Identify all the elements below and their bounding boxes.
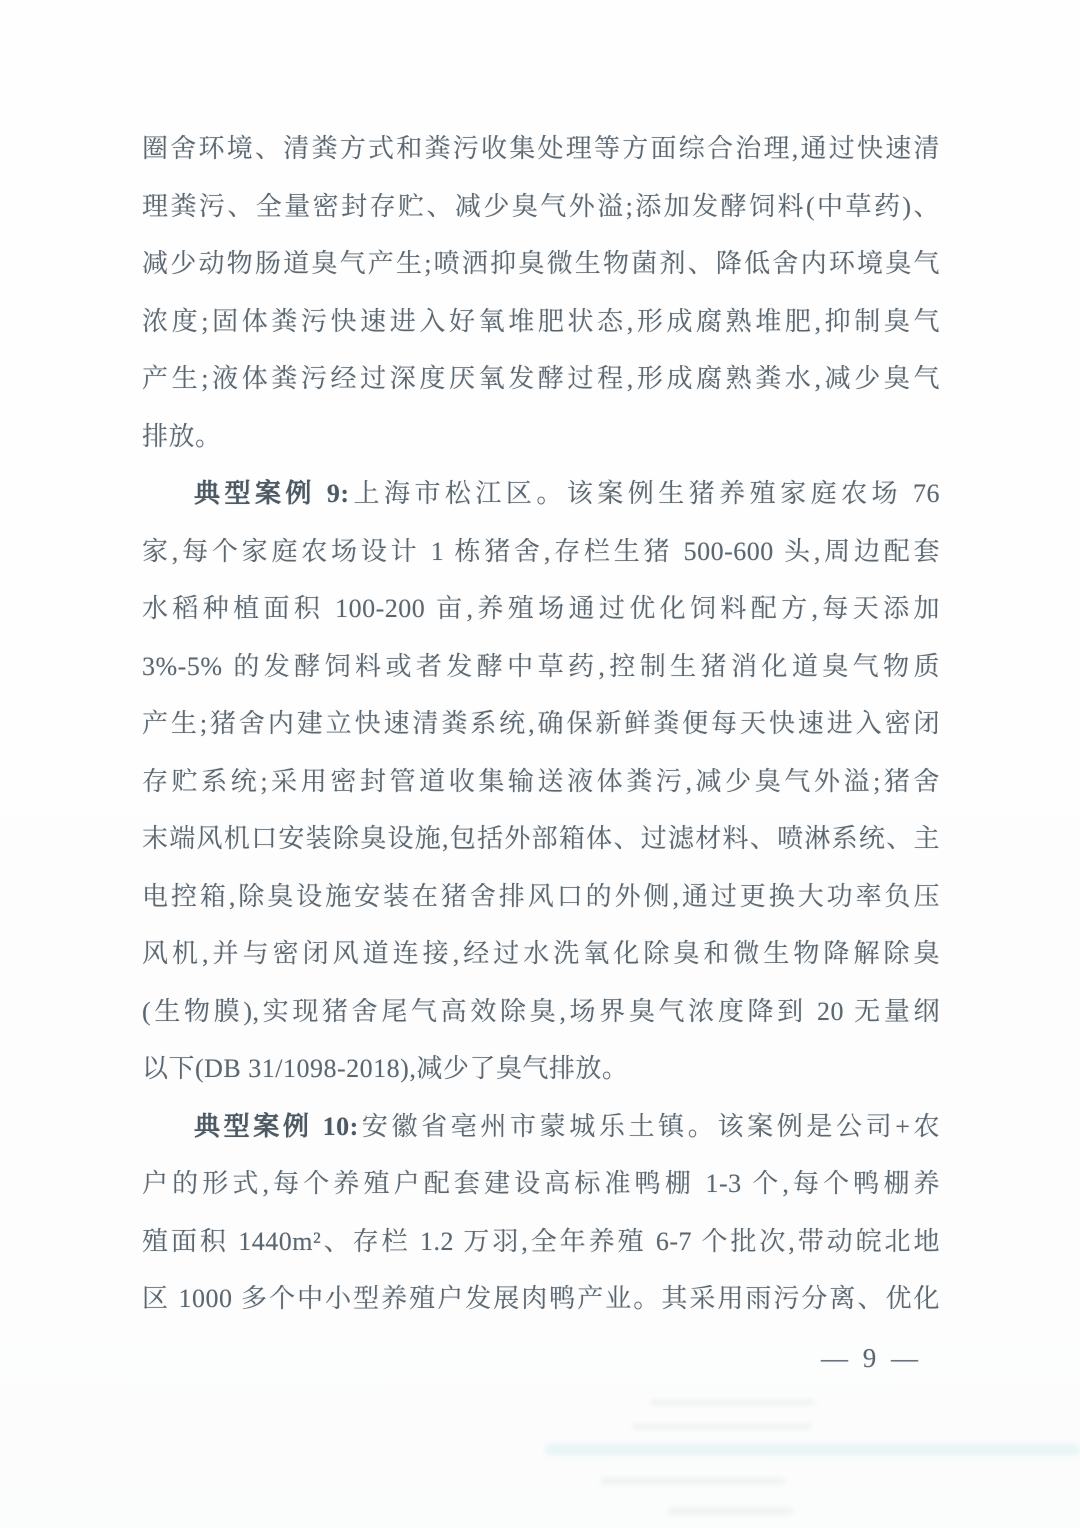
text-line: 水稻种植面积 100-200 亩,养殖场通过优化饲料配方,每天添加 [142,580,940,638]
scan-artifact [600,1478,785,1484]
page-number: — 9 — [821,1338,922,1378]
case-9-label: 典型案例 9: [194,479,350,508]
text-line: 典型案例 9:上海市松江区。该案例生猪养殖家庭农场 76 [142,465,940,523]
text-run: 上海市松江区。该案例生猪养殖家庭农场 76 [350,479,940,508]
scan-artifact [650,1400,815,1405]
text-line: (生物膜),实现猪舍尾气高效除臭,场界臭气浓度降到 20 无量纲 [142,983,940,1041]
scan-artifact [632,1424,812,1429]
text-line: 圈舍环境、清粪方式和粪污收集处理等方面综合治理,通过快速清 [142,120,940,178]
scan-artifact [545,1444,1080,1455]
text-line: 产生;液体粪污经过深度厌氧发酵过程,形成腐熟粪水,减少臭气 [142,350,940,408]
text-line: 电控箱,除臭设施安装在猪舍排风口的外侧,通过更换大功率负压 [142,868,940,926]
text-line: 产生;猪舍内建立快速清粪系统,确保新鲜粪便每天快速进入密闭 [142,695,940,753]
text-line: 末端风机口安装除臭设施,包括外部箱体、过滤材料、喷淋系统、主 [142,810,940,868]
scan-artifact [668,1508,793,1514]
text-run: 安徽省亳州市蒙城乐土镇。该案例是公司+农 [359,1112,940,1141]
text-line: 浓度;固体粪污快速进入好氧堆肥状态,形成腐熟堆肥,抑制臭气 [142,293,940,351]
text-line: 存贮系统;采用密封管道收集输送液体粪污,减少臭气外溢;猪舍 [142,753,940,811]
document-body: 圈舍环境、清粪方式和粪污收集处理等方面综合治理,通过快速清 理粪污、全量密封存贮… [142,120,940,1328]
text-line: 风机,并与密闭风道连接,经过水洗氧化除臭和微生物降解除臭 [142,925,940,983]
text-line: 以下(DB 31/1098-2018),减少了臭气排放。 [142,1040,940,1098]
case-10-label: 典型案例 10: [194,1112,359,1141]
text-line: 排放。 [142,408,940,466]
text-line: 户的形式,每个养殖户配套建设高标准鸭棚 1-3 个,每个鸭棚养 [142,1155,940,1213]
text-line: 区 1000 多个中小型养殖户发展肉鸭产业。其采用雨污分离、优化 [142,1270,940,1328]
document-page: 圈舍环境、清粪方式和粪污收集处理等方面综合治理,通过快速清 理粪污、全量密封存贮… [0,0,1080,1528]
text-line: 典型案例 10:安徽省亳州市蒙城乐土镇。该案例是公司+农 [142,1098,940,1156]
text-line: 殖面积 1440m²、存栏 1.2 万羽,全年养殖 6-7 个批次,带动皖北地 [142,1213,940,1271]
text-line: 家,每个家庭农场设计 1 栋猪舍,存栏生猪 500-600 头,周边配套 [142,523,940,581]
text-line: 减少动物肠道臭气产生;喷洒抑臭微生物菌剂、降低舍内环境臭气 [142,235,940,293]
text-line: 3%-5% 的发酵饲料或者发酵中草药,控制生猪消化道臭气物质 [142,638,940,696]
text-line: 理粪污、全量密封存贮、减少臭气外溢;添加发酵饲料(中草药)、 [142,178,940,236]
